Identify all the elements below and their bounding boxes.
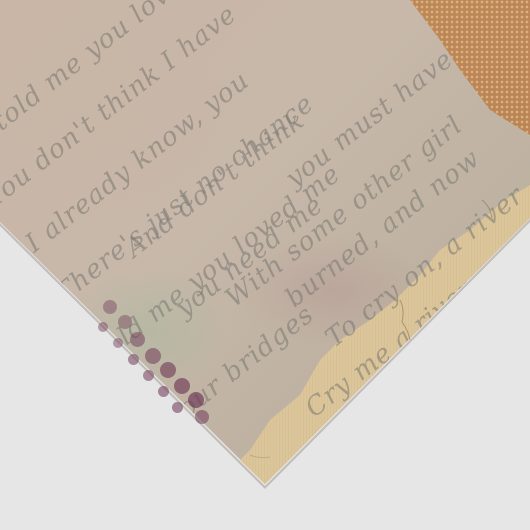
- script-line: crying over you: [370, 244, 530, 403]
- scrapbook-paper-scene: You told me you loved me You don't think…: [0, 0, 530, 530]
- script-text-layer: You told me you loved me You don't think…: [0, 0, 530, 530]
- script-line: Your bridges: [160, 300, 320, 434]
